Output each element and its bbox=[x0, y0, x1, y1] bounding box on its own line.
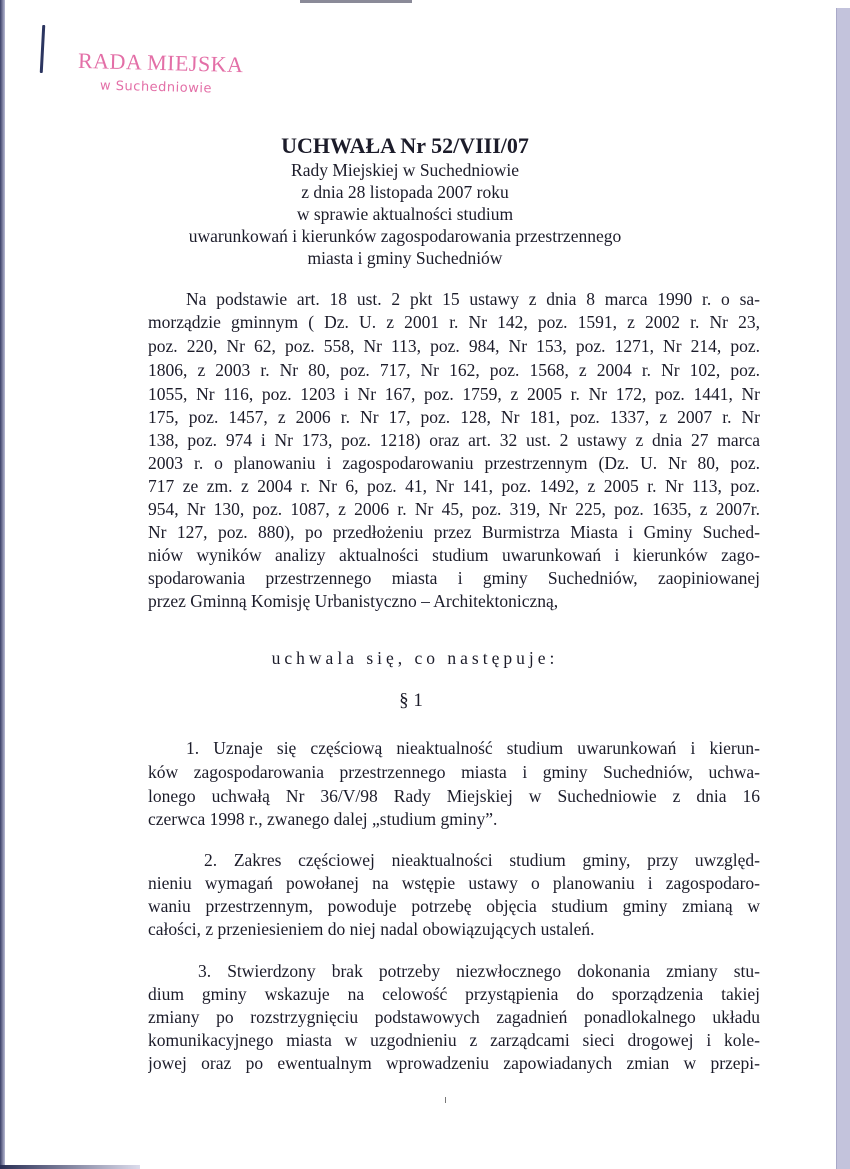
pen-mark bbox=[40, 25, 46, 73]
preamble-line: 175, poz. 1457, z 2006 r. Nr 17, poz. 12… bbox=[148, 407, 760, 428]
stamp-title: RADA MIEJSKA bbox=[78, 48, 244, 78]
preamble-line: niów wyników analizy aktualności studium… bbox=[148, 545, 760, 566]
section-mark: § 1 bbox=[0, 690, 836, 712]
preamble-line: spodarowania przestrzennego miasta i gmi… bbox=[148, 568, 760, 589]
preamble-line: Nr 127, poz. 880), po przedłożeniu przez… bbox=[148, 522, 760, 543]
resolution-title: UCHWAŁA Nr 52/VIII/07 bbox=[0, 133, 830, 159]
header-line: w sprawie aktualności studium bbox=[0, 204, 830, 225]
point-line: jowej oraz po ewentualnym wprowadzeniu z… bbox=[148, 1053, 760, 1074]
header-line: Rady Miejskiej w Suchedniowie bbox=[0, 160, 830, 181]
point-line: dium gminy wskazuje na celowość przystąp… bbox=[148, 984, 760, 1005]
point-line: lonego uchwałą Nr 36/V/98 Rady Miejskiej… bbox=[148, 786, 760, 807]
point-line: 3. Stwierdzony brak potrzeby niezwłoczne… bbox=[198, 961, 760, 982]
scan-top-shadow bbox=[300, 0, 412, 3]
point-line: czerwca 1998 r., zwanego dalej „studium … bbox=[148, 809, 497, 830]
preamble-line: 717 ze zm. z 2004 r. Nr 6, poz. 41, Nr 1… bbox=[148, 476, 760, 497]
resolves-clause: uchwala się, co następuje: bbox=[0, 648, 840, 669]
point-line: waniu przestrzennym, powoduje potrzebę o… bbox=[148, 896, 760, 917]
point-line: 1. Uznaje się częściową nieaktualność st… bbox=[186, 738, 760, 759]
point-line: ków zagospodarowania przestrzennego mias… bbox=[148, 762, 760, 783]
stamp-subtitle: w Suchedniowie bbox=[100, 79, 212, 97]
preamble-line: Na podstawie art. 18 ust. 2 pkt 15 ustaw… bbox=[186, 289, 760, 310]
scan-right-edge bbox=[836, 8, 850, 1169]
preamble-line: 1806, z 2003 r. Nr 80, poz. 717, Nr 162,… bbox=[148, 360, 760, 381]
point-line: nieniu wymagań powołanej na wstępie usta… bbox=[148, 873, 760, 894]
preamble-line: przez Gminną Komisję Urbanistyczno – Arc… bbox=[148, 591, 558, 612]
header-line: z dnia 28 listopada 2007 roku bbox=[0, 182, 830, 203]
point-line: zmiany po rozstrzygnięciu podstawowych z… bbox=[148, 1007, 760, 1028]
header-line: miasta i gminy Suchedniów bbox=[0, 248, 830, 269]
point-line: całości, z przeniesieniem do niej nadal … bbox=[148, 919, 595, 940]
preamble-line: morządzie gminnym ( Dz. U. z 2001 r. Nr … bbox=[148, 312, 760, 333]
preamble-line: 2003 r. o planowaniu i zagospodarowaniu … bbox=[148, 453, 760, 474]
preamble-line: 138, poz. 974 i Nr 173, poz. 1218) oraz … bbox=[148, 430, 760, 451]
scan-speck bbox=[445, 1097, 446, 1103]
preamble-line: poz. 220, Nr 62, poz. 558, Nr 113, poz. … bbox=[148, 336, 760, 357]
scan-bottom-shadow bbox=[0, 1165, 140, 1169]
point-line: 2. Zakres częściowej nieaktualności stud… bbox=[204, 850, 760, 871]
preamble-line: 1055, Nr 116, poz. 1203 i Nr 167, poz. 1… bbox=[148, 384, 760, 405]
preamble-line: 954, Nr 130, poz. 1087, z 2006 r. Nr 45,… bbox=[148, 499, 760, 520]
point-line: komunikacyjnego miasta w uzgodnieniu z z… bbox=[148, 1030, 760, 1051]
header-line: uwarunkowań i kierunków zagospodarowania… bbox=[0, 226, 830, 247]
